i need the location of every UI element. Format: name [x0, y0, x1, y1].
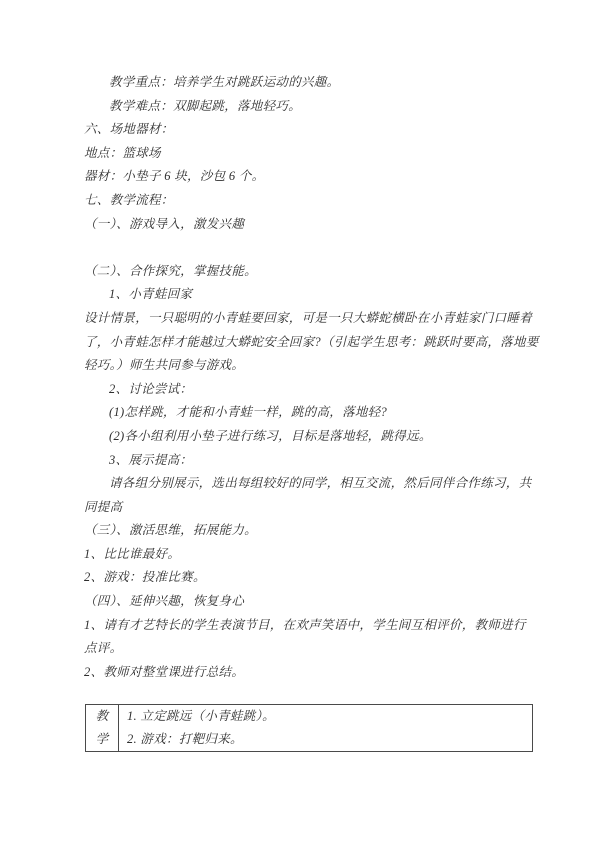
- text-line: 教学难点：双脚起跳，落地轻巧。: [84, 95, 554, 119]
- text-line: 教学重点：培养学生对跳跃运动的兴趣。: [84, 71, 554, 95]
- text-line: 点评。: [84, 637, 554, 661]
- text-line: (2)各小组利用小垫子进行练习，目标是落地轻，跳得远。: [84, 425, 554, 449]
- text-line: 同提高: [84, 496, 554, 520]
- text-line: （一）、游戏导入，激发兴趣: [84, 213, 554, 237]
- text-line: （四）、延伸兴趣，恢复身心: [84, 590, 554, 614]
- text-line: 请各组分别展示，选出每组较好的同学，相互交流，然后同伴合作练习，共: [84, 472, 554, 496]
- text-line: 七、教学流程：: [84, 189, 554, 213]
- document-page: 教学重点：培养学生对跳跃运动的兴趣。 教学难点：双脚起跳，落地轻巧。 六、场地器…: [0, 0, 595, 842]
- text-line: 了，小青蛙怎样才能越过大蟒蛇安全回家?（引起学生思考：跳跃时要高，落地要: [84, 331, 554, 355]
- text-line: 轻巧。）师生共同参与游戏。: [84, 354, 554, 378]
- table-content-line: 1. 立定跳远（小青蛙跳）。: [127, 705, 532, 728]
- table-content-line: 2. 游戏：打靶归来。: [127, 728, 532, 751]
- text-line: 2、游戏：投准比赛。: [84, 566, 554, 590]
- document-body: 教学重点：培养学生对跳跃运动的兴趣。 教学难点：双脚起跳，落地轻巧。 六、场地器…: [84, 71, 554, 684]
- table-header-char: 学: [96, 728, 109, 751]
- text-line: （二）、合作探究，掌握技能。: [84, 260, 554, 284]
- text-line: 2、讨论尝试：: [84, 378, 554, 402]
- text-line: 1、请有才艺特长的学生表演节目，在欢声笑语中，学生间互相评价，教师进行: [84, 614, 554, 638]
- table-content-cell: 1. 立定跳远（小青蛙跳）。 2. 游戏：打靶归来。: [119, 705, 532, 751]
- text-line: 2、教师对整堂课进行总结。: [84, 661, 554, 685]
- blank-line: [84, 236, 554, 260]
- text-line: (1)怎样跳，才能和小青蛙一样，跳的高，落地轻?: [84, 401, 554, 425]
- text-line: 1、小青蛙回家: [84, 283, 554, 307]
- text-line: 3、展示提高：: [84, 449, 554, 473]
- table-header-char: 教: [96, 705, 109, 728]
- text-line: 六、场地器材：: [84, 118, 554, 142]
- text-line: 地点：篮球场: [84, 142, 554, 166]
- text-line: 设计情景，一只聪明的小青蛙要回家，可是一只大蟒蛇横卧在小青蛙家门口睡着: [84, 307, 554, 331]
- text-line: 1、比比谁最好。: [84, 543, 554, 567]
- table-header-cell: 教 学: [86, 705, 119, 751]
- text-line: （三）、激活思维，拓展能力。: [84, 519, 554, 543]
- text-line: 器材：小垫子 6 块，沙包 6 个。: [84, 165, 554, 189]
- teaching-content-table: 教 学 1. 立定跳远（小青蛙跳）。 2. 游戏：打靶归来。: [85, 704, 533, 752]
